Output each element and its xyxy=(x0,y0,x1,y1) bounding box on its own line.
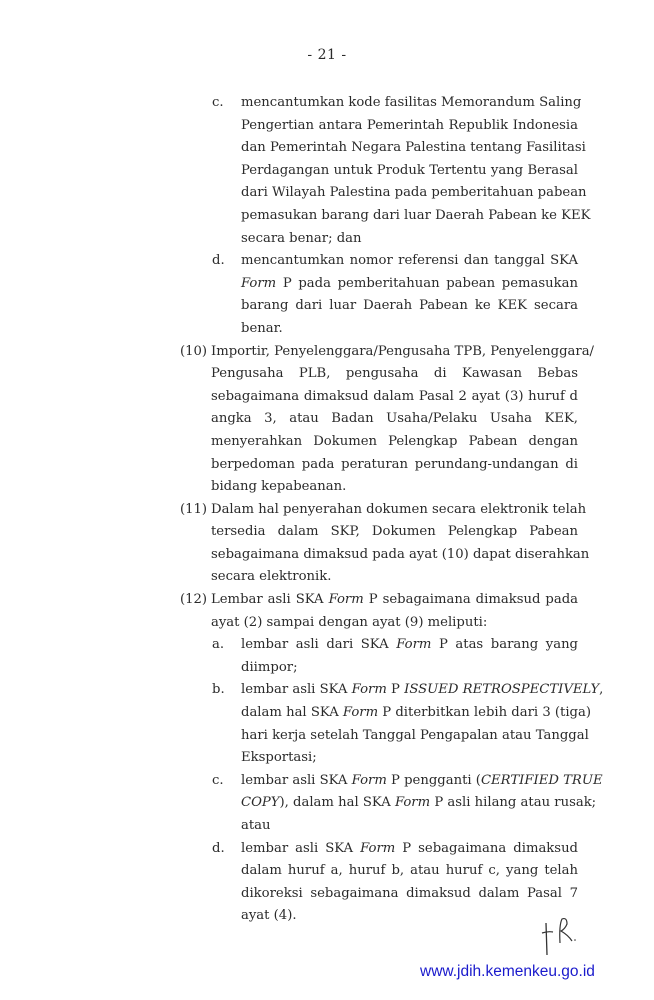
ayat-number: (10) xyxy=(180,341,207,364)
document-body: c.mencantumkan kode fasilitas Memorandum… xyxy=(0,92,654,928)
text-line: sebagaimana dimaksud pada ayat (10) dapa… xyxy=(211,544,578,567)
text-line: ayat (2) sampai dengan ayat (9) meliputi… xyxy=(211,612,578,635)
text-line: pemasukan barang dari luar Daerah Pabean… xyxy=(241,205,578,228)
ayat-number: (12) xyxy=(180,589,207,612)
text-line: tersedia dalam SKP, Dokumen Pelengkap Pa… xyxy=(211,521,578,544)
text-line: lembar asli dari SKA Form P atas barang … xyxy=(241,634,578,657)
text-line: hari kerja setelah Tanggal Pengapalan at… xyxy=(241,725,578,748)
text-line: dikoreksi sebagaimana dimaksud dalam Pas… xyxy=(241,883,578,906)
text-line: Eksportasi; xyxy=(241,747,578,770)
text-line: dan Pemerintah Negara Palestina tentang … xyxy=(241,137,578,160)
text-line: sebagaimana dimaksud dalam Pasal 2 ayat … xyxy=(211,386,578,409)
text-line: lembar asli SKA Form P pengganti (CERTIF… xyxy=(241,770,578,793)
list-marker: d. xyxy=(212,838,225,861)
paraf-signature xyxy=(540,915,590,960)
item-text: mencantumkan kode fasilitas Memorandum S… xyxy=(241,92,578,250)
text-line: mencantumkan nomor referensi dan tanggal… xyxy=(241,250,578,273)
text-line: angka 3, atau Badan Usaha/Pelaku Usaha K… xyxy=(211,408,578,431)
text-line: lembar asli SKA Form P ISSUED RETROSPECT… xyxy=(241,679,578,702)
text-line: Perdagangan untuk Produk Tertentu yang B… xyxy=(241,160,578,183)
text-line: menyerahkan Dokumen Pelengkap Pabean den… xyxy=(211,431,578,454)
item-text: lembar asli SKA Form P pengganti (CERTIF… xyxy=(241,770,578,838)
list-item: c.mencantumkan kode fasilitas Memorandum… xyxy=(0,92,654,250)
text-line: Form P pada pemberitahuan pabean pemasuk… xyxy=(241,273,578,296)
paragraph-ayat: (12)Lembar asli SKA Form P sebagaimana d… xyxy=(0,589,654,634)
text-line: lembar asli SKA Form P sebagaimana dimak… xyxy=(241,838,578,861)
item-text: Dalam hal penyerahan dokumen secara elek… xyxy=(211,499,578,589)
text-line: barang dari luar Daerah Pabean ke KEK se… xyxy=(241,295,578,318)
item-text: Lembar asli SKA Form P sebagaimana dimak… xyxy=(211,589,578,634)
list-item: c.lembar asli SKA Form P pengganti (CERT… xyxy=(0,770,654,838)
list-item: b.lembar asli SKA Form P ISSUED RETROSPE… xyxy=(0,679,654,769)
list-marker: c. xyxy=(212,92,224,115)
item-text: lembar asli dari SKA Form P atas barang … xyxy=(241,634,578,679)
text-line: Pengertian antara Pemerintah Republik In… xyxy=(241,115,578,138)
item-text: Importir, Penyelenggara/Pengusaha TPB, P… xyxy=(211,341,578,499)
text-line: ayat (4). xyxy=(241,905,578,928)
text-line: dalam huruf a, huruf b, atau huruf c, ya… xyxy=(241,860,578,883)
text-line: secara benar; dan xyxy=(241,228,578,251)
paragraph-ayat: (10)Importir, Penyelenggara/Pengusaha TP… xyxy=(0,341,654,499)
list-marker: c. xyxy=(212,770,224,793)
page-number: - 21 - xyxy=(0,47,654,63)
list-marker: a. xyxy=(212,634,224,657)
text-line: dalam hal SKA Form P diterbitkan lebih d… xyxy=(241,702,578,725)
text-line: diimpor; xyxy=(241,657,578,680)
text-line: dari Wilayah Palestina pada pemberitahua… xyxy=(241,182,578,205)
text-line: Lembar asli SKA Form P sebagaimana dimak… xyxy=(211,589,578,612)
text-line: secara elektronik. xyxy=(211,566,578,589)
list-marker: d. xyxy=(212,250,225,273)
item-text: mencantumkan nomor referensi dan tanggal… xyxy=(241,250,578,340)
item-text: lembar asli SKA Form P ISSUED RETROSPECT… xyxy=(241,679,578,769)
text-line: bidang kepabeanan. xyxy=(211,476,578,499)
text-line: mencantumkan kode fasilitas Memorandum S… xyxy=(241,92,578,115)
list-marker: b. xyxy=(212,679,225,702)
ayat-number: (11) xyxy=(180,499,207,522)
list-item: a.lembar asli dari SKA Form P atas baran… xyxy=(0,634,654,679)
text-line: berpedoman pada peraturan perundang-unda… xyxy=(211,454,578,477)
text-line: atau xyxy=(241,815,578,838)
text-line: Dalam hal penyerahan dokumen secara elek… xyxy=(211,499,578,522)
footer-website-link[interactable]: www.jdih.kemenkeu.go.id xyxy=(420,963,595,981)
paragraph-ayat: (11)Dalam hal penyerahan dokumen secara … xyxy=(0,499,654,589)
text-line: Importir, Penyelenggara/Pengusaha TPB, P… xyxy=(211,341,578,364)
item-text: lembar asli SKA Form P sebagaimana dimak… xyxy=(241,838,578,928)
text-line: benar. xyxy=(241,318,578,341)
list-item: d.mencantumkan nomor referensi dan tangg… xyxy=(0,250,654,340)
text-line: COPY), dalam hal SKA Form P asli hilang … xyxy=(241,792,578,815)
text-line: Pengusaha PLB, pengusaha di Kawasan Beba… xyxy=(211,363,578,386)
